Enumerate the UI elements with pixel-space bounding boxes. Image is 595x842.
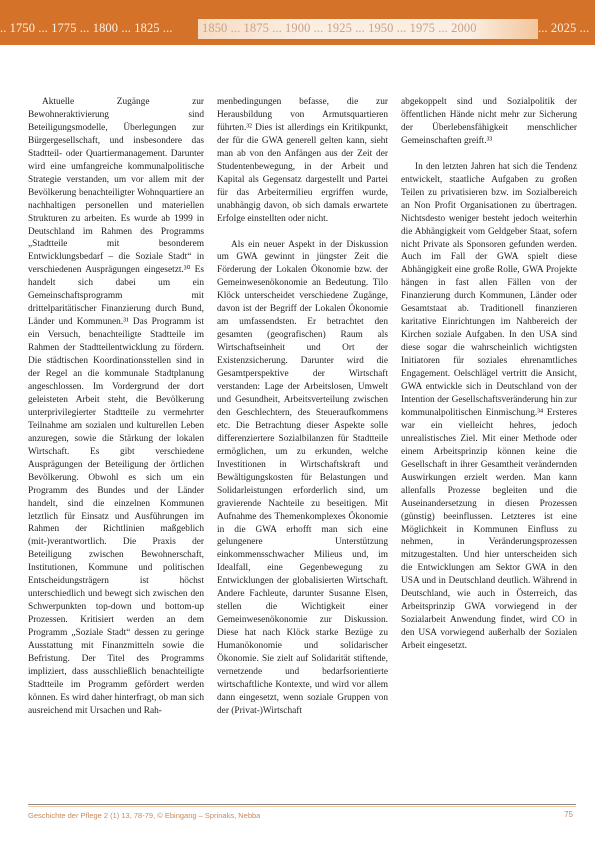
timeline: .. 1750 ... 1775 ... 1800 ... 1825 ... 1… — [0, 19, 595, 39]
paragraph: Aktuelle Zugänge zur Bewohneraktivierung… — [28, 96, 204, 718]
footer-divider — [28, 804, 576, 805]
timeline-after: ... 2025 ... — [538, 21, 589, 36]
timeline-before: .. 1750 ... 1775 ... 1800 ... 1825 ... — [0, 21, 173, 36]
header-banner: .. 1750 ... 1775 ... 1800 ... 1825 ... 1… — [0, 0, 595, 45]
timeline-highlight-box: 1850 ... 1875 ... 1900 ... 1925 ... 1950… — [198, 19, 538, 39]
paragraph: menbedingungen befasse, die zur Herausbi… — [217, 96, 388, 226]
paragraph: In den letzten Jahren hat sich die Tende… — [401, 161, 577, 653]
timeline-highlight: 1850 ... 1875 ... 1900 ... 1925 ... 1950… — [202, 21, 477, 36]
paragraph: Als ein neuer Aspekt in der Diskussion u… — [217, 239, 388, 718]
footer-citation: Geschichte der Pflege 2 (1) 13, 78-79, ©… — [28, 811, 260, 820]
text-column-3: abgekoppelt sind und Sozialpolitik der ö… — [401, 96, 577, 653]
text-column-2: menbedingungen befasse, die zur Herausbi… — [217, 96, 388, 718]
page-number: 75 — [564, 810, 573, 819]
paragraph: abgekoppelt sind und Sozialpolitik der ö… — [401, 96, 577, 148]
footer-divider-accent — [28, 806, 576, 807]
text-column-1: Aktuelle Zugänge zur Bewohneraktivierung… — [28, 96, 204, 718]
